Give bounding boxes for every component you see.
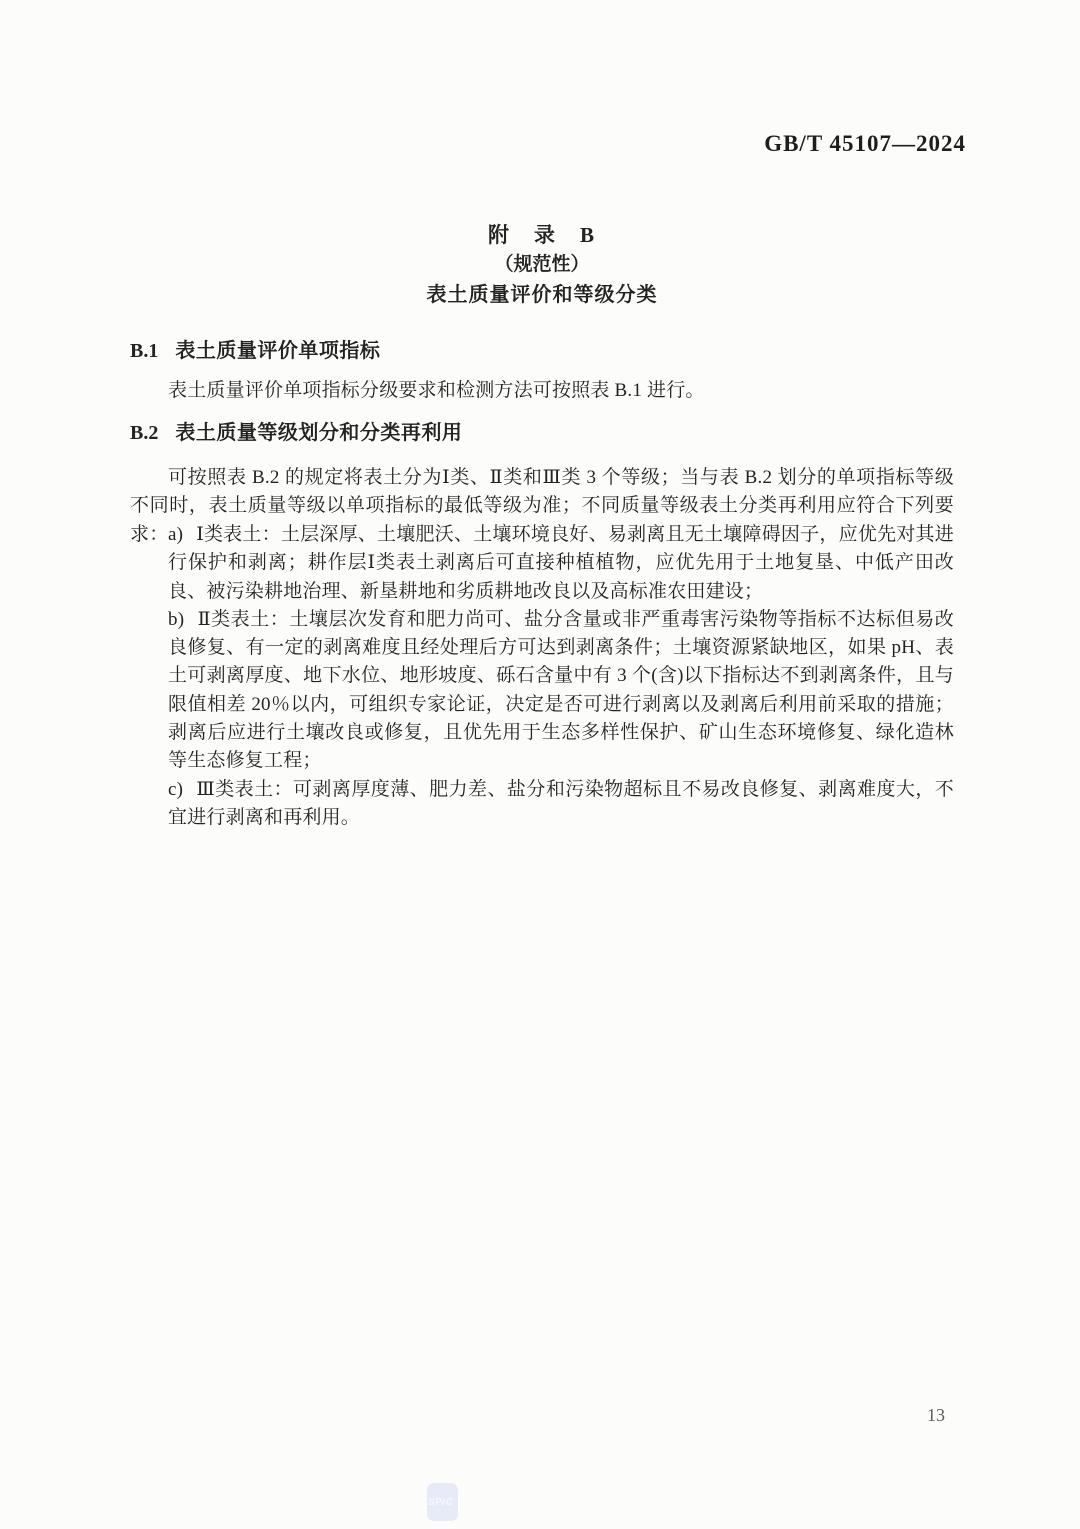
section-b2-number: B.2 (130, 422, 158, 444)
item-c-label: c) (168, 779, 183, 800)
section-b1-number: B.1 (130, 340, 158, 362)
item-b-label: b) (168, 609, 184, 630)
item-a-text: Ⅰ类表土：土层深厚、土壤肥沃、土壤环境良好、易剥离且无土壤障碍因子，应优先对其进… (168, 524, 954, 602)
spic-watermark-logo: SPIC (427, 1483, 458, 1521)
appendix-title-block: 附 录 B （规范性） 表土质量评价和等级分类 (130, 220, 954, 310)
section-b2-heading: B.2表土质量等级划分和分类再利用 (130, 419, 954, 447)
section-b2-title: 表土质量等级划分和分类再利用 (175, 422, 462, 444)
item-c-text: Ⅲ类表土：可剥离厚度薄、肥力差、盐分和污染物超标且不易改良修复、剥离难度大，不宜… (168, 779, 954, 828)
section-b1-paragraph: 表土质量评价单项指标分级要求和检测方法可按照表 B.1 进行。 (130, 377, 954, 405)
section-b1-heading: B.1表土质量评价单项指标 (130, 337, 954, 365)
standard-code-header: GB/T 45107—2024 (764, 131, 966, 157)
list-item-b: b)Ⅱ类表土：土壤层次发育和肥力尚可、盐分含量或非严重毒害污染物等指标不达标但易… (168, 606, 954, 776)
list-item-a: a)Ⅰ类表土：土层深厚、土壤肥沃、土壤环境良好、易剥离且无土壤障碍因子，应优先对… (168, 521, 954, 606)
section-b1-title: 表土质量评价单项指标 (175, 340, 380, 362)
b2-classification-list: a)Ⅰ类表土：土层深厚、土壤肥沃、土壤环境良好、易剥离且无土壤障碍因子，应优先对… (168, 521, 954, 832)
page-number: 13 (921, 1405, 951, 1426)
document-page: GB/T 45107—2024 附 录 B （规范性） 表土质量评价和等级分类 … (0, 0, 1080, 1529)
appendix-title: 附 录 B (130, 220, 954, 250)
list-item-c: c)Ⅲ类表土：可剥离厚度薄、肥力差、盐分和污染物超标且不易改良修复、剥离难度大，… (168, 776, 954, 833)
watermark-text: SPIC (428, 1497, 453, 1508)
appendix-normative-label: （规范性） (130, 250, 954, 280)
appendix-heading: 表土质量评价和等级分类 (130, 280, 954, 310)
item-a-label: a) (168, 524, 183, 545)
item-b-text: Ⅱ类表土：土壤层次发育和肥力尚可、盐分含量或非严重毒害污染物等指标不达标但易改良… (168, 609, 954, 771)
